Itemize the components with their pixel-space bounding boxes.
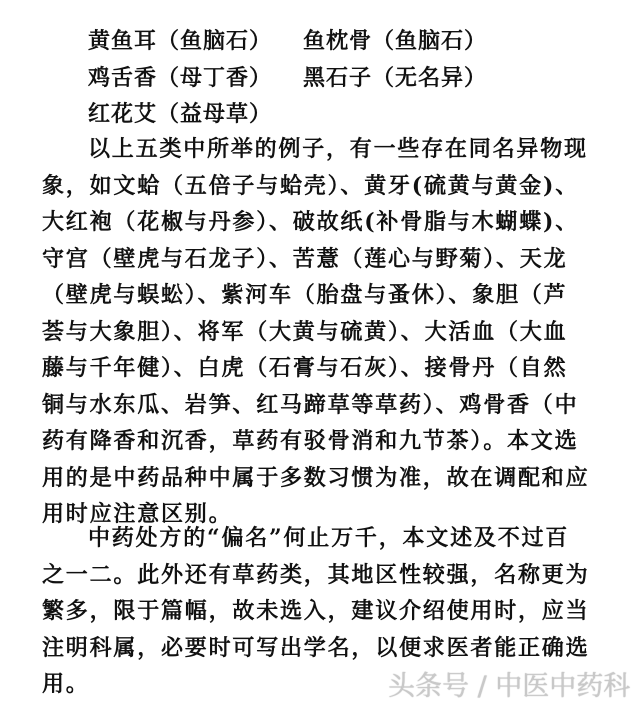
text-line: 铜与水东瓜、岩笋、红马蹄草等草药）、鸡骨香（中 [42, 387, 602, 424]
synonym-term: 黑石子（无名异） [303, 61, 518, 95]
text-line: 大红袍（花椒与丹参）、破故纸(补骨脂与木蝴蝶)、 [42, 204, 602, 241]
text-line: 以上五类中所举的例子，有一些存在同名异物现 [42, 131, 602, 168]
text-line: 荟与大象胆）、将军（大黄与硫黄）、大活血（大血 [42, 314, 602, 351]
text-line: 用的是中药品种中属于多数习惯为准，故在调配和应 [42, 460, 602, 497]
synonym-row: 鸡舌香（母丁香） 黑石子（无名异） [88, 61, 518, 95]
text-line: 之一二。此外还有草药类，其地区性较强，名称更为 [42, 557, 602, 594]
paragraph-same-name-different-substance: 以上五类中所举的例子，有一些存在同名异物现 象，如文蛤（五倍子与蛤壳）、黄牙(硫… [42, 131, 602, 533]
synonym-term: 黄鱼耳（鱼脑石） [88, 24, 303, 58]
text-line: （壁虎与蜈蚣）、紫河车（胎盘与蚤休）、象胆（芦 [42, 277, 602, 314]
synonym-term: 红花艾（益母草） [88, 97, 303, 131]
synonym-term: 鸡舌香（母丁香） [88, 61, 303, 95]
text-line: 注明科属，必要时可写出学名，以便求医者能正确选 [42, 630, 602, 667]
text-line: 药有降香和沉香，草药有驳骨消和九节茶）。本文选 [42, 423, 602, 460]
text-line: 象，如文蛤（五倍子与蛤壳）、黄牙(硫黄与黄金)、 [42, 168, 602, 205]
text-line: 中药处方的“偏名”何止万千，本文述及不过百 [42, 520, 602, 557]
text-line: 藤与千年健）、白虎（石膏与石灰）、接骨丹（自然 [42, 350, 602, 387]
text-line: 繁多，限于篇幅，故未选入，建议介绍使用时，应当 [42, 593, 602, 630]
synonym-row: 黄鱼耳（鱼脑石） 鱼枕骨（鱼脑石） [88, 24, 518, 58]
scanned-page: 黄鱼耳（鱼脑石） 鱼枕骨（鱼脑石） 鸡舌香（母丁香） 黑石子（无名异） 红花艾（… [0, 0, 640, 712]
text-line: 守宫（壁虎与石龙子）、苦薏（莲心与野菊）、天龙 [42, 241, 602, 278]
synonym-row: 红花艾（益母草） [88, 97, 303, 131]
synonym-term: 鱼枕骨（鱼脑石） [303, 24, 518, 58]
watermark: 头条号 / 中医中药科 [388, 664, 630, 703]
